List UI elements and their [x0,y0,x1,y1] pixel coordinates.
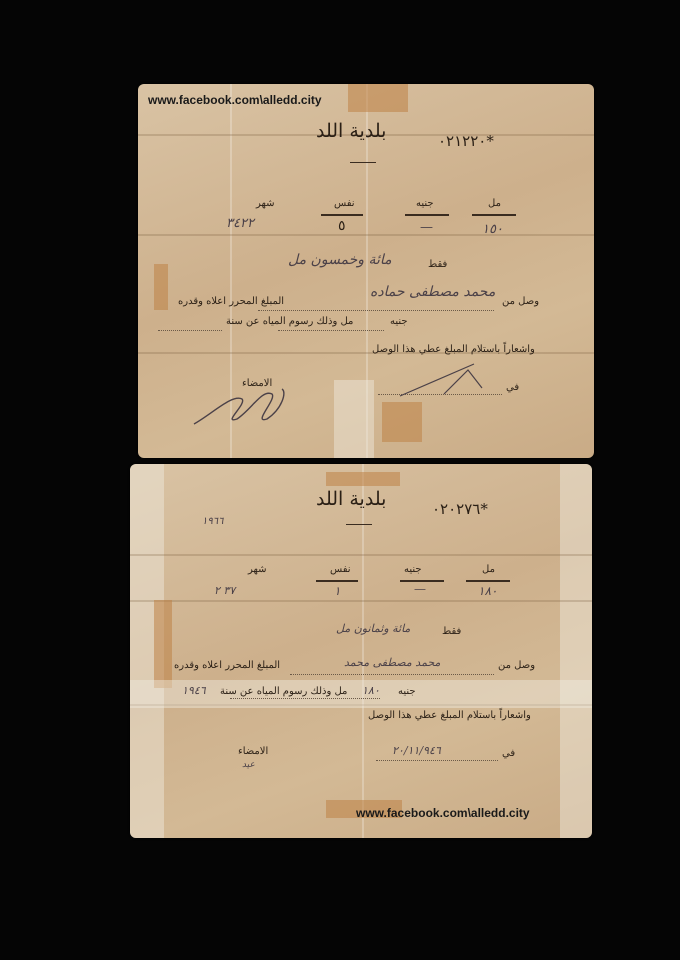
col-junaih-label: جنيه [404,564,422,575]
municipality-title: بلدية اللد [316,488,386,510]
col-nafs-label: نفس [334,198,355,209]
col-shahr-label: شهر [248,564,267,575]
receipt-2: ١٩٦٦ بلدية اللد *٠٢٠٢٧٦ مل جنيه نفس شهر … [130,464,592,838]
value-shahr: ٣٧ ٢ [214,584,235,597]
amount-text: المبلغ المحرر اعلاه وقدره [174,660,280,671]
signature-label: الامضاء [238,746,268,757]
faqat-amount-handwritten: مائة وثمانون مل [336,622,410,635]
date-handwritten: ٢٠/١١/٩٤٦ [392,744,441,757]
col-shahr-label: شهر [256,198,275,209]
received-from-label: وصل من [498,660,535,671]
junaih-value-handwritten: ١٨٠ [362,684,380,697]
amount-text: المبلغ المحرر اعلاه وقدره [178,296,284,307]
value-junaih: — [414,582,426,596]
faqat-amount-handwritten: مائة وخمسون مل [288,252,392,268]
watermark: www.facebook.com\alledd.city [148,93,322,107]
in-label: في [502,748,515,759]
receipt-1: www.facebook.com\alledd.city بلدية اللد … [138,84,594,458]
value-mil: ١٥٠ [482,222,503,237]
junaih-label: جنيه [390,316,408,327]
col-nafs-label: نفس [330,564,351,575]
signature-scribble [192,384,292,434]
in-label: في [506,382,519,393]
value-nafs: ١ [334,584,340,598]
value-nafs: ٥ [338,218,346,234]
date-scribble [394,360,494,400]
acknowledgment-text: واشعاراً باستلام المبلغ عطي هذا الوصل [372,344,535,355]
col-junaih-label: جنيه [416,198,434,209]
municipality-title: بلدية اللد [316,120,386,142]
payer-name-handwritten: محمد مصطفى حماده [370,284,495,300]
signature-handwritten: عيد [242,760,255,770]
serial-number: *٠٢٠٢٧٦ [432,500,488,518]
junaih-label: جنيه [398,686,416,697]
year-handwritten: ١٩٤٦ [182,684,206,697]
value-shahr: ٣٤٢٢ [226,216,254,231]
received-from-label: وصل من [502,296,539,307]
value-mil: ١٨٠ [478,584,497,598]
faqat-label: فقط [442,626,461,637]
payer-name-handwritten: محمد مصطفى محمد [344,656,440,669]
watermark: www.facebook.com\alledd.city [356,806,530,820]
value-junaih: — [420,220,433,235]
serial-number: *٠٢١٢٢٠ [438,132,494,150]
acknowledgment-text: واشعاراً باستلام المبلغ عطي هذا الوصل [368,710,531,721]
col-mil-label: مل [488,198,501,209]
col-mil-label: مل [482,564,495,575]
side-note-handwritten: ١٩٦٦ [202,516,223,527]
fees-text: مل وذلك رسوم المياه عن سنة [220,686,347,697]
fees-text: مل وذلك رسوم المياه عن سنة [226,316,353,327]
faqat-label: فقط [428,259,447,270]
